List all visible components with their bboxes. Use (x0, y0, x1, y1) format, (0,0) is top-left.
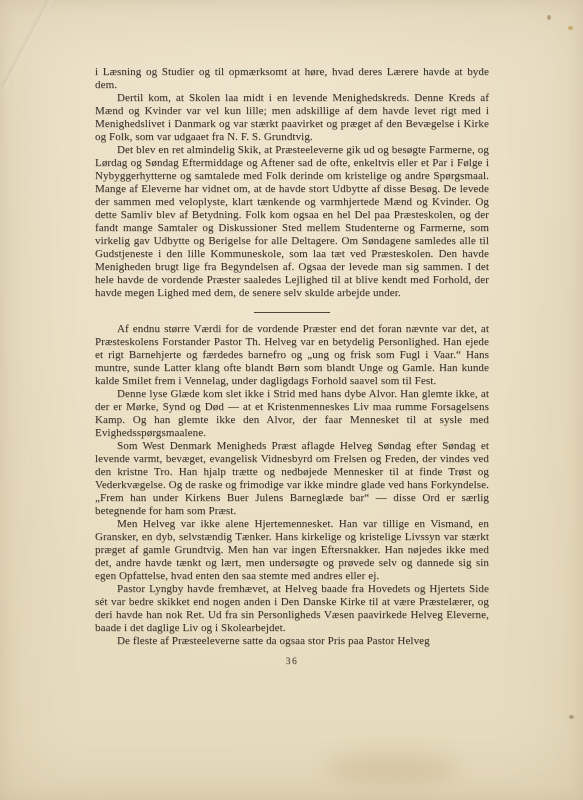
paragraph: Dertil kom, at Skolen laa midt i en leve… (95, 92, 489, 144)
paragraph: Denne lyse Glæde kom slet ikke i Strid m… (95, 388, 489, 440)
paragraph: Det blev en ret almindelig Skik, at Præs… (95, 144, 489, 300)
paper-speck (569, 715, 574, 719)
text-column: i Læsning og Studier og til opmærksomt a… (95, 66, 489, 669)
paragraph: Pastor Lyngby havde fremhævet, at Helveg… (95, 583, 489, 635)
paper-speck (547, 15, 551, 20)
section-divider (254, 312, 330, 313)
paragraph: Som West Denmark Menigheds Præst aflagde… (95, 440, 489, 518)
paper-crease (2, 0, 65, 87)
paragraph: i Læsning og Studier og til opmærksomt a… (95, 66, 489, 92)
text-section-upper: i Læsning og Studier og til opmærksomt a… (95, 66, 489, 300)
paragraph: Men Helveg var ikke alene Hjertemenneske… (95, 518, 489, 583)
paragraph: De fleste af Præsteeleverne satte da ogs… (95, 635, 489, 648)
paper-speck (568, 26, 573, 30)
paper-smudge (328, 752, 458, 786)
text-section-lower: Af endnu større Værdi for de vordende Pr… (95, 323, 489, 648)
book-page: i Læsning og Studier og til opmærksomt a… (0, 0, 583, 800)
paragraph: Af endnu større Værdi for de vordende Pr… (95, 323, 489, 388)
page-number: 36 (95, 656, 489, 669)
